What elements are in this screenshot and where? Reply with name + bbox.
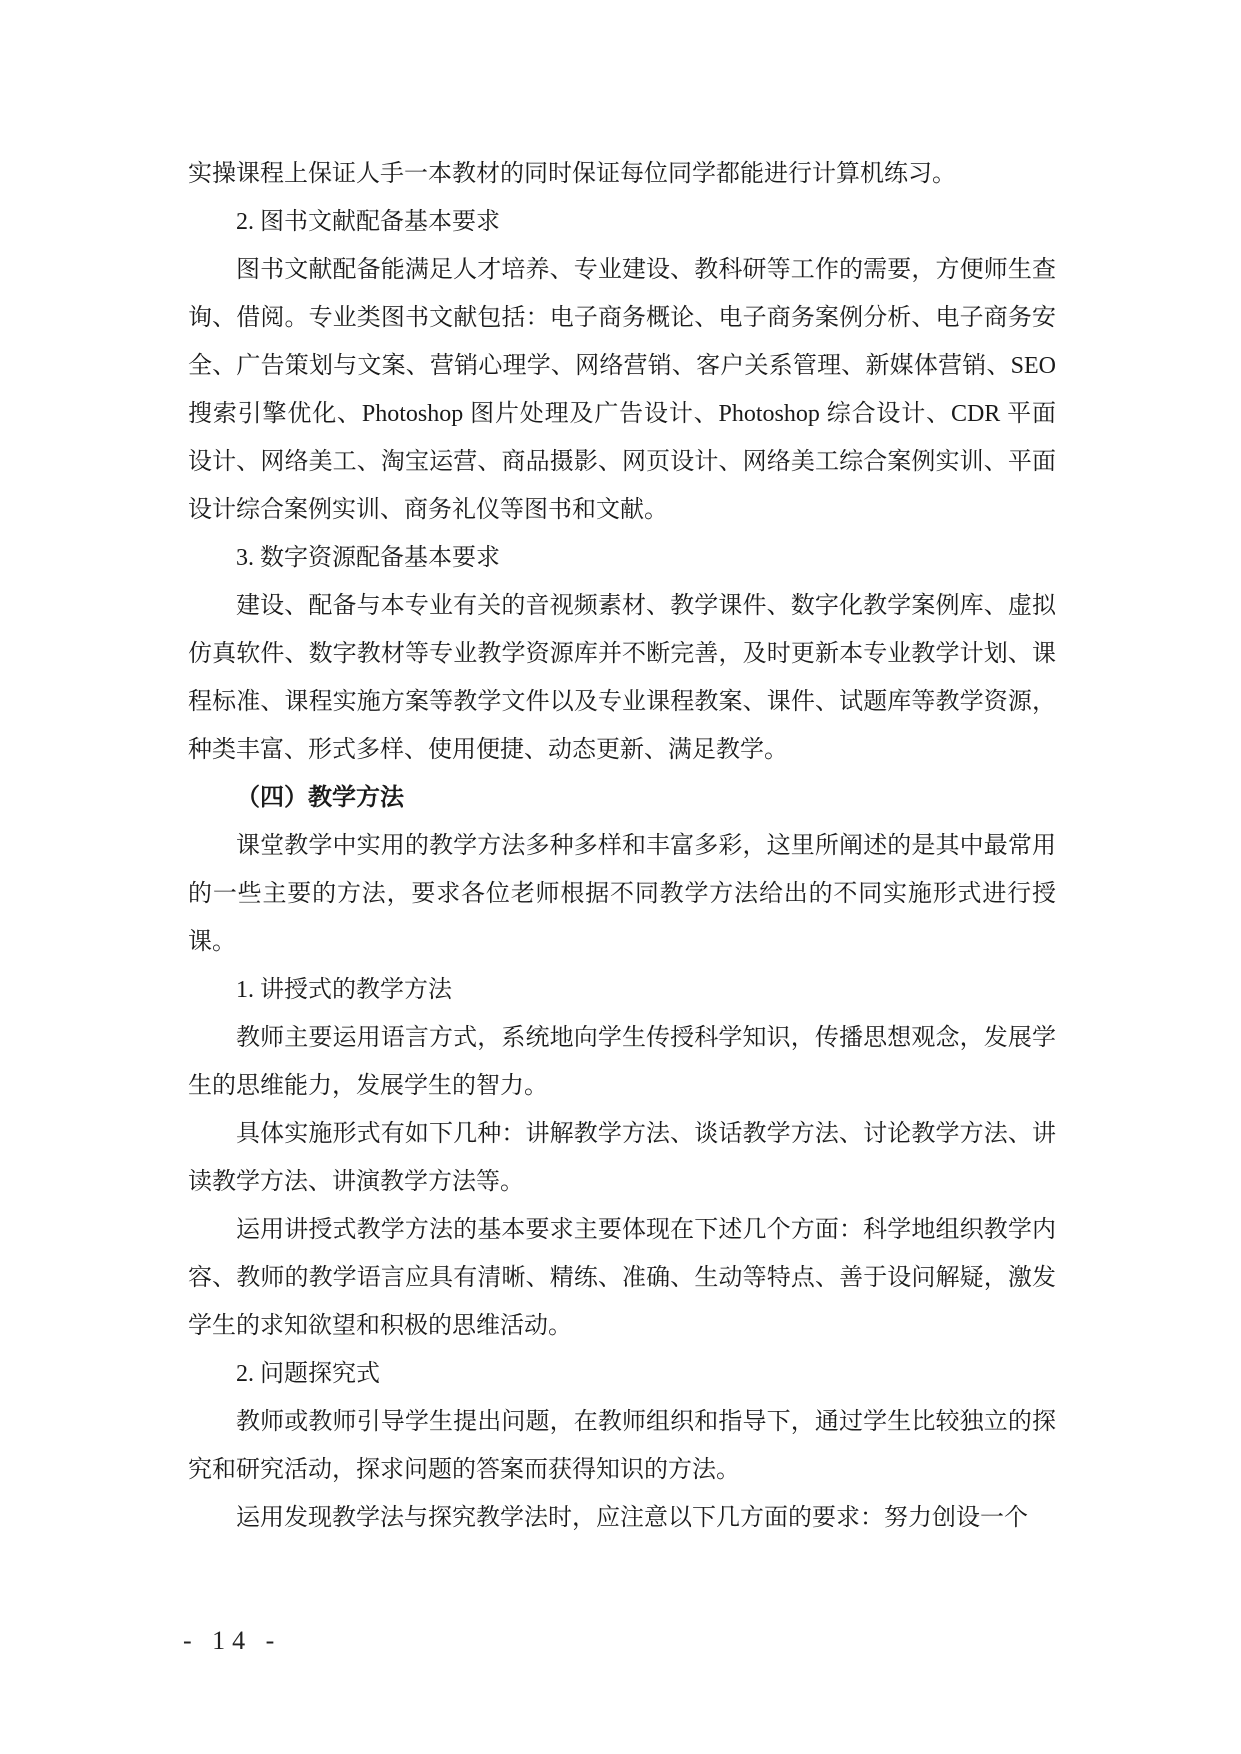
section-heading-teaching-methods: （四）教学方法 <box>188 774 1056 822</box>
list-heading-inquiry-method: 2. 问题探究式 <box>188 1350 1056 1398</box>
page-number: - 14 - <box>183 1626 281 1656</box>
body-paragraph-methods-intro: 课堂教学中实用的教学方法多种多样和丰富多彩，这里所阐述的是其中最常用的一些主要的… <box>188 822 1056 966</box>
body-paragraph-inquiry-method: 教师或教师引导学生提出问题，在教师组织和指导下，通过学生比较独立的探究和研究活动… <box>188 1398 1056 1494</box>
body-paragraph-books: 图书文献配备能满足人才培养、专业建设、教科研等工作的需要，方便师生查询、借阅。专… <box>188 246 1056 534</box>
list-heading-lecture-method: 1. 讲授式的教学方法 <box>188 966 1056 1014</box>
body-paragraph-discovery-requirements: 运用发现教学法与探究教学法时，应注意以下几方面的要求：努力创设一个 <box>188 1494 1056 1542</box>
document-page: 实操课程上保证人手一本教材的同时保证每位同学都能进行计算机练习。 2. 图书文献… <box>0 0 1241 1754</box>
list-heading-books: 2. 图书文献配备基本要求 <box>188 198 1056 246</box>
list-heading-digital-resources: 3. 数字资源配备基本要求 <box>188 534 1056 582</box>
body-paragraph-lecture-requirements: 运用讲授式教学方法的基本要求主要体现在下述几个方面：科学地组织教学内容、教师的教… <box>188 1206 1056 1350</box>
document-text-block: 实操课程上保证人手一本教材的同时保证每位同学都能进行计算机练习。 2. 图书文献… <box>188 150 1056 1542</box>
body-paragraph-lecture-method: 教师主要运用语言方式，系统地向学生传授科学知识，传播思想观念，发展学生的思维能力… <box>188 1014 1056 1110</box>
body-paragraph-digital-resources: 建设、配备与本专业有关的音视频素材、教学课件、数字化教学案例库、虚拟仿真软件、数… <box>188 582 1056 774</box>
continued-paragraph: 实操课程上保证人手一本教材的同时保证每位同学都能进行计算机练习。 <box>188 150 1056 198</box>
body-paragraph-implementation-forms: 具体实施形式有如下几种：讲解教学方法、谈话教学方法、讨论教学方法、讲读教学方法、… <box>188 1110 1056 1206</box>
